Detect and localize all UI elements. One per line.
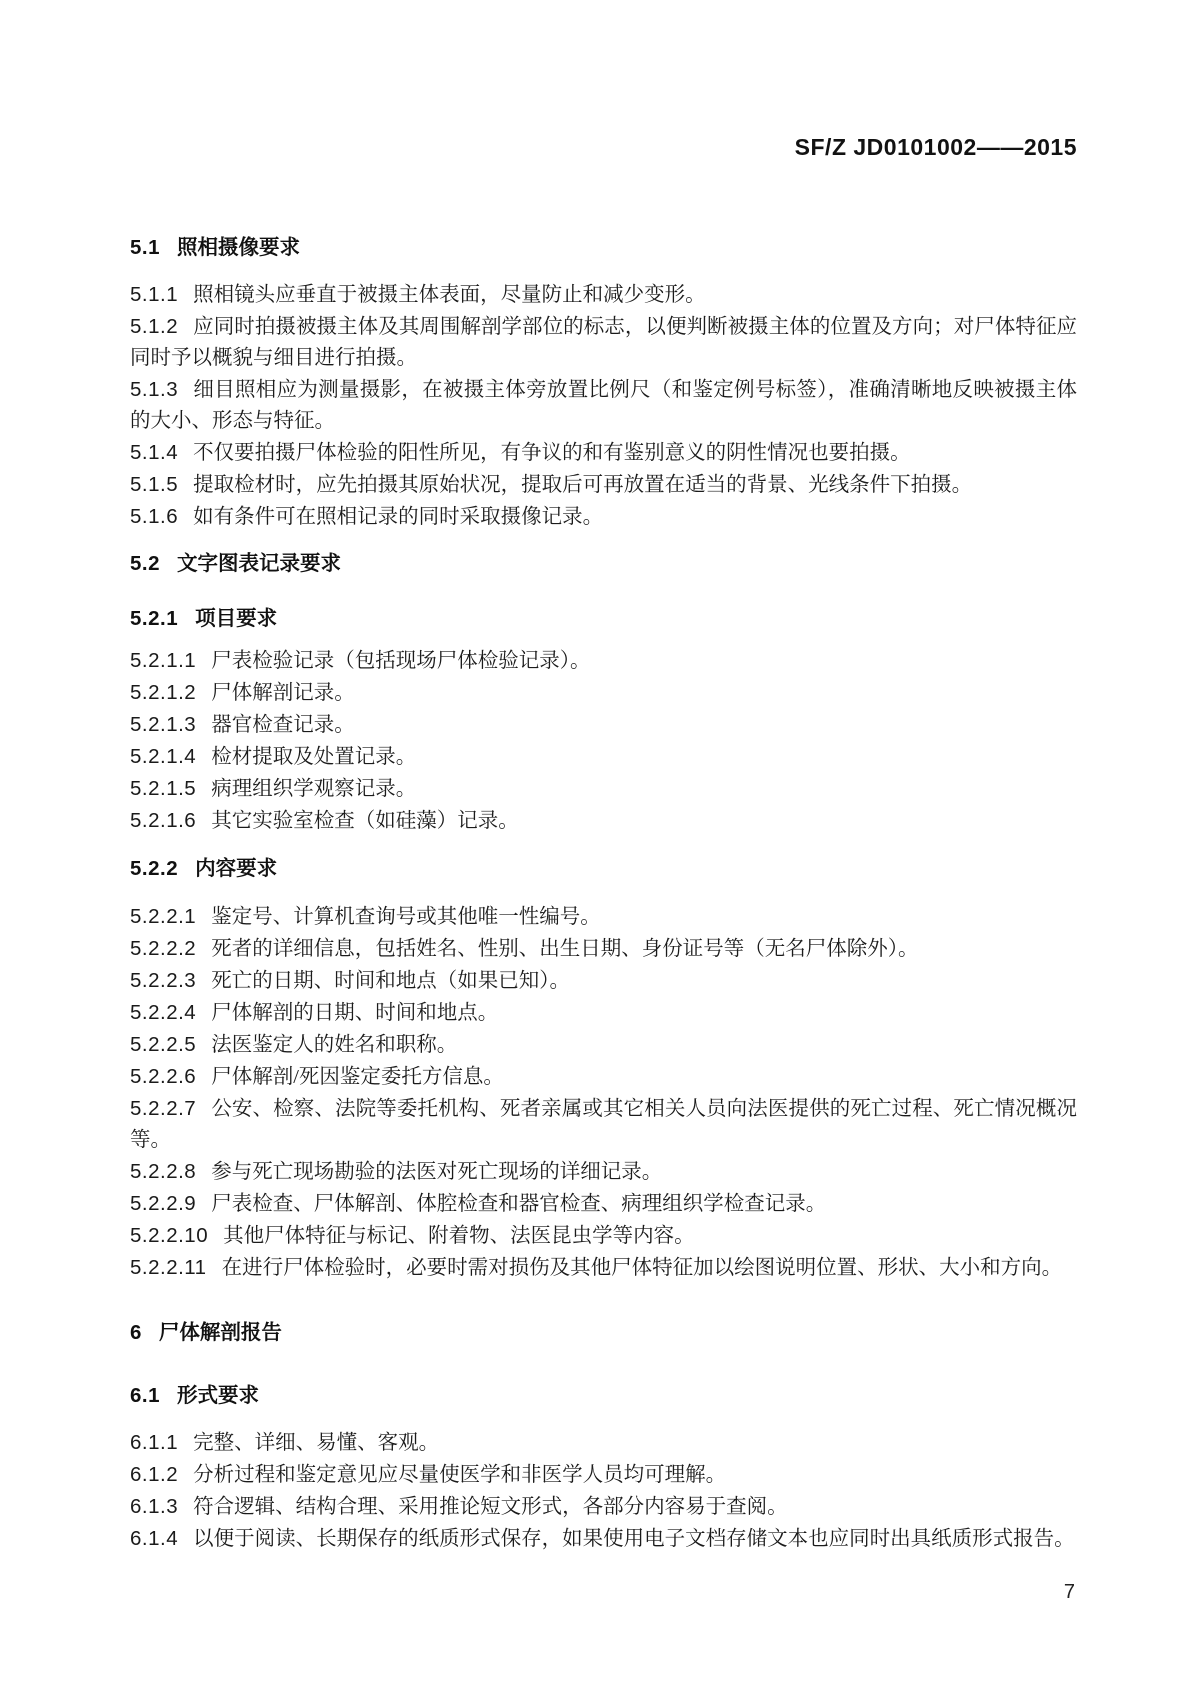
clause-text: 法医鉴定人的姓名和职称。	[211, 1034, 457, 1056]
clause-5-1-6: 5.1.6如有条件可在照相记录的同时采取摄像记录。	[130, 501, 1077, 533]
clause-6-1-1: 6.1.1完整、详细、易懂、客观。	[130, 1427, 1077, 1459]
clause-number: 5.2.2.6	[130, 1065, 196, 1088]
clause-number: 6.1	[130, 1384, 160, 1407]
clause-number: 5.2.2.4	[130, 1001, 196, 1024]
heading-text: 文字图表记录要求	[177, 553, 341, 575]
clause-number: 6.1.4	[130, 1527, 178, 1550]
clause-text: 尸表检查、尸体解剖、体腔检查和器官检查、病理组织学检查记录。	[211, 1193, 826, 1215]
clause-text: 尸体解剖记录。	[211, 682, 355, 704]
clause-text: 以便于阅读、长期保存的纸质形式保存，如果使用电子文档存储文本也应同时出具纸质形式…	[193, 1528, 1075, 1550]
clause-6-1-4: 6.1.4以便于阅读、长期保存的纸质形式保存，如果使用电子文档存储文本也应同时出…	[130, 1523, 1077, 1555]
clause-number: 5.1.6	[130, 505, 178, 528]
clause-text: 病理组织学观察记录。	[211, 778, 416, 800]
clause-number: 5.2.1.5	[130, 777, 196, 800]
clause-5-2-2-5: 5.2.2.5法医鉴定人的姓名和职称。	[130, 1029, 1077, 1061]
clause-number: 5.2.2.7	[130, 1097, 196, 1120]
clause-text: 检材提取及处置记录。	[211, 746, 416, 768]
clause-number: 5.2.1.2	[130, 681, 196, 704]
clause-number: 5.1.1	[130, 283, 178, 306]
clause-5-2-2-7: 5.2.2.7公安、检察、法院等委托机构、死者亲属或其它相关人员向法医提供的死亡…	[130, 1093, 1077, 1156]
clause-number: 5.1.3	[130, 378, 178, 401]
clause-5-2-2-8: 5.2.2.8参与死亡现场勘验的法医对死亡现场的详细记录。	[130, 1156, 1077, 1188]
clause-number: 5.2.2.10	[130, 1224, 208, 1247]
clause-text: 尸体解剖/死因鉴定委托方信息。	[211, 1066, 504, 1088]
clause-number: 5.2.2.11	[130, 1256, 207, 1279]
page-number: 7	[130, 1581, 1077, 1603]
clause-5-1-1: 5.1.1照相镜头应垂直于被摄主体表面，尽量防止和减少变形。	[130, 279, 1077, 311]
heading-text: 内容要求	[195, 858, 277, 880]
clause-text: 不仅要拍摄尸体检验的阳性所见，有争议的和有鉴别意义的阴性情况也要拍摄。	[193, 442, 911, 464]
clause-text: 其他尸体特征与标记、附着物、法医昆虫学等内容。	[223, 1225, 695, 1247]
clause-text: 尸表检验记录（包括现场尸体检验记录）。	[211, 650, 590, 672]
clause-5-2-2-6: 5.2.2.6尸体解剖/死因鉴定委托方信息。	[130, 1061, 1077, 1093]
clause-number: 5.2.1	[130, 607, 178, 630]
clause-5-1-5: 5.1.5提取检材时，应先拍摄其原始状况，提取后可再放置在适当的背景、光线条件下…	[130, 469, 1077, 501]
clause-5-2-1-4: 5.2.1.4检材提取及处置记录。	[130, 741, 1077, 773]
clause-text: 尸体解剖的日期、时间和地点。	[211, 1002, 498, 1024]
clause-number: 6	[130, 1321, 142, 1344]
clause-number: 6.1.3	[130, 1495, 178, 1518]
heading-5-2: 5.2文字图表记录要求	[130, 551, 1077, 577]
clause-number: 5.2.2.5	[130, 1033, 196, 1056]
heading-text: 项目要求	[195, 608, 277, 630]
clause-text: 细目照相应为测量摄影，在被摄主体旁放置比例尺（和鉴定例号标签），准确清晰地反映被…	[130, 379, 1077, 432]
clause-number: 5.2.2.8	[130, 1160, 196, 1183]
clause-number: 6.1.2	[130, 1463, 178, 1486]
clause-number: 5.2.2.1	[130, 905, 196, 928]
clause-number: 5.1.2	[130, 315, 178, 338]
heading-5-2-1: 5.2.1项目要求	[130, 606, 1077, 632]
document-page: SF/Z JD0101002——2015 5.1照相摄像要求 5.1.1照相镜头…	[0, 0, 1190, 1683]
clause-text: 应同时拍摄被摄主体及其周围解剖学部位的标志，以便判断被摄主体的位置及方向；对尸体…	[130, 316, 1077, 369]
clause-5-2-1-2: 5.2.1.2尸体解剖记录。	[130, 677, 1077, 709]
clause-text: 提取检材时，应先拍摄其原始状况，提取后可再放置在适当的背景、光线条件下拍摄。	[193, 474, 972, 496]
clause-5-2-1-1: 5.2.1.1尸表检验记录（包括现场尸体检验记录）。	[130, 645, 1077, 677]
clause-text: 完整、详细、易懂、客观。	[193, 1432, 439, 1454]
clause-text: 鉴定号、计算机查询号或其他唯一性编号。	[211, 906, 601, 928]
clause-number: 6.1.1	[130, 1431, 178, 1454]
clause-text: 公安、检察、法院等委托机构、死者亲属或其它相关人员向法医提供的死亡过程、死亡情况…	[130, 1098, 1077, 1151]
clause-text: 在进行尸体检验时，必要时需对损伤及其他尸体特征加以绘图说明位置、形状、大小和方向…	[222, 1257, 1063, 1279]
clause-text: 符合逻辑、结构合理、采用推论短文形式，各部分内容易于查阅。	[193, 1496, 788, 1518]
clause-text: 其它实验室检查（如硅藻）记录。	[211, 810, 519, 832]
clause-text: 死者的详细信息，包括姓名、性别、出生日期、身份证号等（无名尸体除外）。	[211, 938, 918, 960]
clause-text: 死亡的日期、时间和地点（如果已知）。	[211, 970, 570, 992]
clause-6-1-2: 6.1.2分析过程和鉴定意见应尽量使医学和非医学人员均可理解。	[130, 1459, 1077, 1491]
clause-number: 5.1	[130, 236, 160, 259]
clause-number: 5.2.2.3	[130, 969, 196, 992]
heading-text: 照相摄像要求	[177, 237, 300, 259]
heading-text: 形式要求	[177, 1385, 259, 1407]
clause-5-2-2-11: 5.2.2.11在进行尸体检验时，必要时需对损伤及其他尸体特征加以绘图说明位置、…	[130, 1252, 1077, 1284]
standard-number-header: SF/Z JD0101002——2015	[130, 134, 1077, 160]
clause-5-2-2-3: 5.2.2.3死亡的日期、时间和地点（如果已知）。	[130, 965, 1077, 997]
clause-5-1-2: 5.1.2应同时拍摄被摄主体及其周围解剖学部位的标志，以便判断被摄主体的位置及方…	[130, 311, 1077, 374]
clause-5-2-2-1: 5.2.2.1鉴定号、计算机查询号或其他唯一性编号。	[130, 901, 1077, 933]
heading-6-1: 6.1形式要求	[130, 1383, 1077, 1409]
clause-number: 5.2.1.1	[130, 649, 196, 672]
clause-number: 5.2.1.3	[130, 713, 196, 736]
clause-5-2-2-2: 5.2.2.2死者的详细信息，包括姓名、性别、出生日期、身份证号等（无名尸体除外…	[130, 933, 1077, 965]
clause-text: 照相镜头应垂直于被摄主体表面，尽量防止和减少变形。	[193, 284, 706, 306]
clause-number: 5.2.2.9	[130, 1192, 196, 1215]
clause-5-2-1-3: 5.2.1.3器官检查记录。	[130, 709, 1077, 741]
clause-number: 5.2.2	[130, 857, 178, 880]
clause-5-2-2-9: 5.2.2.9尸表检查、尸体解剖、体腔检查和器官检查、病理组织学检查记录。	[130, 1188, 1077, 1220]
clause-5-2-1-6: 5.2.1.6其它实验室检查（如硅藻）记录。	[130, 805, 1077, 837]
clause-5-1-3: 5.1.3细目照相应为测量摄影，在被摄主体旁放置比例尺（和鉴定例号标签），准确清…	[130, 374, 1077, 437]
heading-6: 6尸体解剖报告	[130, 1320, 1077, 1346]
clause-number: 5.2.1.4	[130, 745, 196, 768]
heading-5-1: 5.1照相摄像要求	[130, 235, 1077, 261]
clause-number: 5.2	[130, 552, 160, 575]
clause-5-2-1-5: 5.2.1.5病理组织学观察记录。	[130, 773, 1077, 805]
clause-5-2-2-4: 5.2.2.4尸体解剖的日期、时间和地点。	[130, 997, 1077, 1029]
clause-text: 参与死亡现场勘验的法医对死亡现场的详细记录。	[211, 1161, 662, 1183]
clause-number: 5.1.4	[130, 441, 178, 464]
clause-text: 分析过程和鉴定意见应尽量使医学和非医学人员均可理解。	[193, 1464, 726, 1486]
clause-number: 5.1.5	[130, 473, 178, 496]
clause-text: 如有条件可在照相记录的同时采取摄像记录。	[193, 506, 603, 528]
heading-text: 尸体解剖报告	[159, 1322, 282, 1344]
clause-text: 器官检查记录。	[211, 714, 355, 736]
clause-5-2-2-10: 5.2.2.10其他尸体特征与标记、附着物、法医昆虫学等内容。	[130, 1220, 1077, 1252]
clause-6-1-3: 6.1.3符合逻辑、结构合理、采用推论短文形式，各部分内容易于查阅。	[130, 1491, 1077, 1523]
clause-5-1-4: 5.1.4不仅要拍摄尸体检验的阳性所见，有争议的和有鉴别意义的阴性情况也要拍摄。	[130, 437, 1077, 469]
clause-number: 5.2.2.2	[130, 937, 196, 960]
heading-5-2-2: 5.2.2内容要求	[130, 856, 1077, 882]
clause-number: 5.2.1.6	[130, 809, 196, 832]
